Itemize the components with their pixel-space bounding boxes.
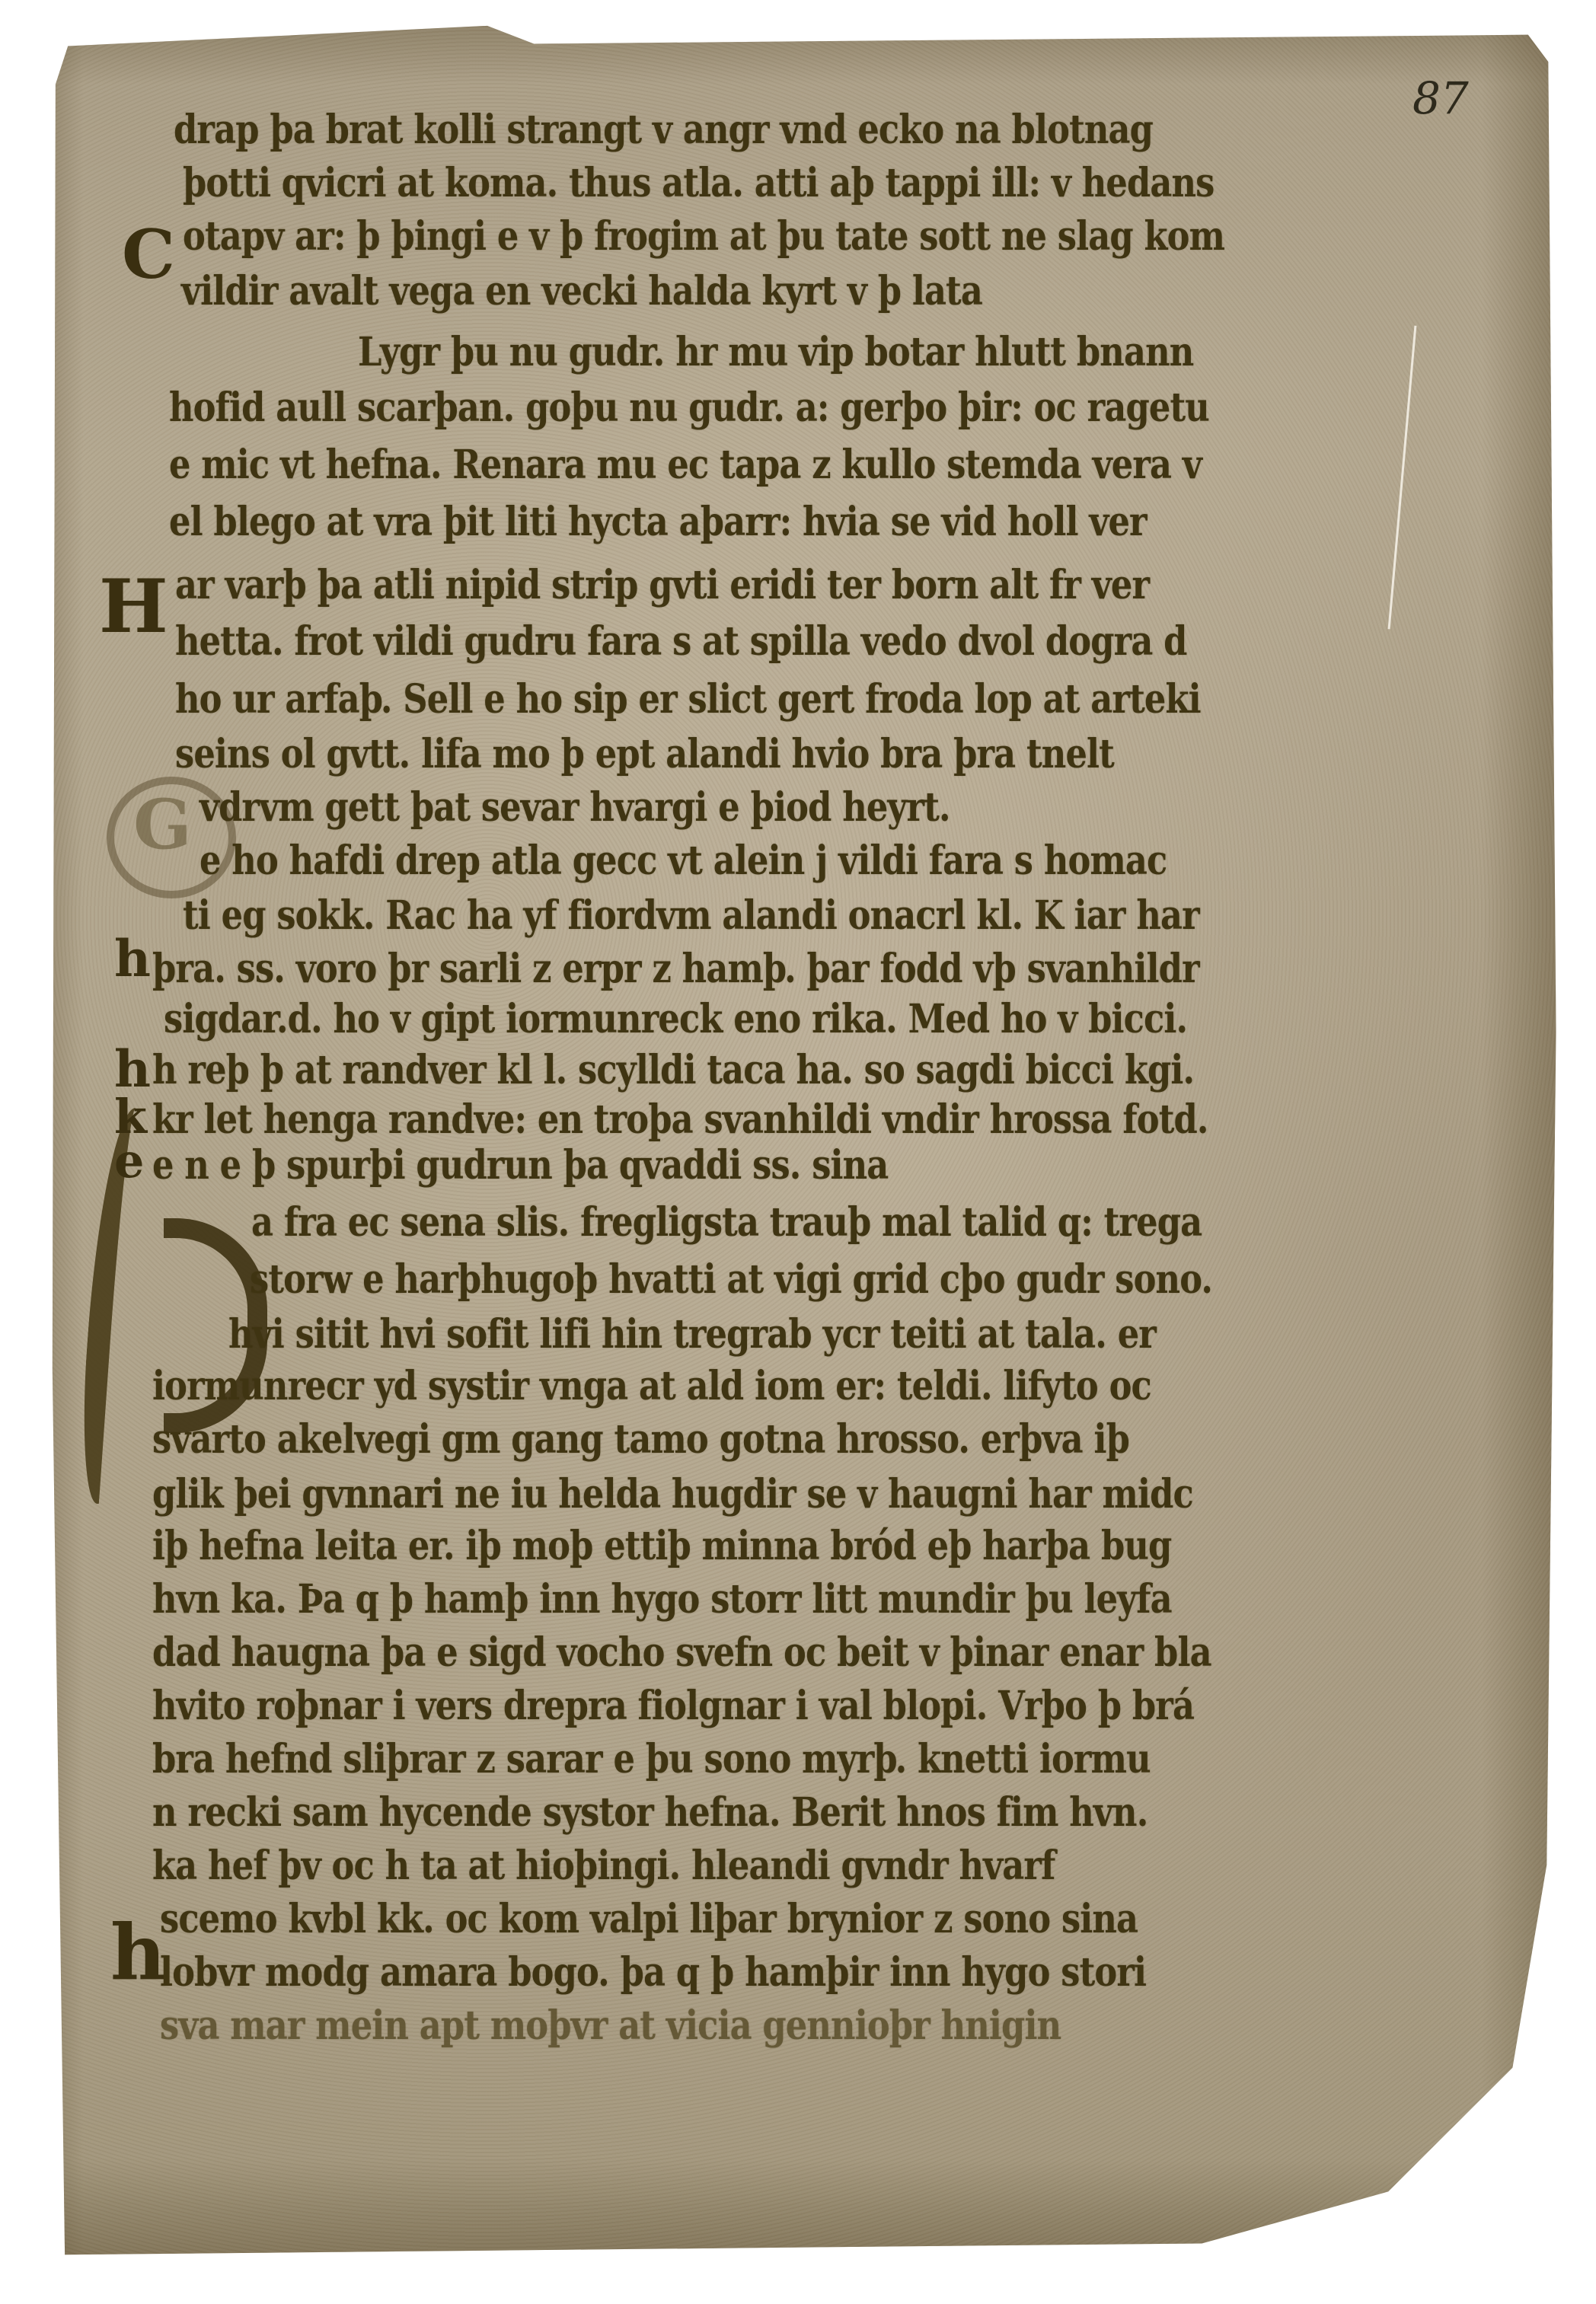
text-line: drap þa brat kolli strangt v angr vnd ec… [174,107,1153,153]
text-line: sva mar mein apt moþvr at vicia gennioþr… [160,2002,1061,2049]
text-line: Lygr þu nu gudr. hr mu vip botar hlutt b… [358,329,1193,375]
text-line: h reþ þ at randver kl l. scylldi taca ha… [152,1047,1194,1093]
text-line: iþ hefna leita er. iþ moþ ettiþ minna br… [152,1523,1171,1569]
text-line: þra. ss. voro þr sarli z erpr z hamþ. þa… [152,946,1199,992]
text-line: ti eg sokk. Rac ha yf fiordvm alandi ona… [183,892,1199,939]
text-line: hetta. frot vildi gudru fara s at spilla… [175,618,1187,665]
text-line: vdrvm gett þat sevar hvargi e þiod heyrt… [199,784,950,831]
text-line: dad haugna þa e sigd vocho svefn oc beit… [152,1629,1211,1676]
text-line: ar varþ þa atli nipid strip gvti eridi t… [175,562,1149,608]
text-line: þotti qvicri at koma. thus atla. atti aþ… [183,160,1214,206]
text-line: e n e þ spurþi gudrun þa qvaddi ss. sina [152,1142,888,1189]
text-line: hvi sitit hvi sofit lifi hin tregrab ycr… [228,1311,1156,1358]
text-line: scemo kvbl kk. oc kom valpi liþar brynio… [160,1896,1138,1942]
text-line: svarto akelvegi gm gang tamo gotna hross… [152,1416,1129,1463]
text-line: e mic vt hefna. Renara mu ec tapa z kull… [169,442,1202,488]
text-line: vildir avalt vega en vecki halda kyrt v … [181,268,982,314]
text-line: n recki sam hycende systor hefna. Berit … [152,1789,1148,1836]
manuscript-text: drap þa brat kolli strangt v angr vnd ec… [0,0,1596,2304]
text-line: hvn ka. Þa q þ hamþ inn hygo storr litt … [152,1576,1172,1623]
text-line: a fra ec sena slis. fregligsta trauþ mal… [251,1199,1202,1246]
text-line: hvito roþnar i vers drepra fiolgnar i va… [152,1683,1194,1729]
text-line: otapv ar: þ þingi e v þ frogim at þu tat… [183,213,1224,260]
text-line: lobvr modg amara bogo. þa q þ hamþir inn… [160,1949,1146,1996]
text-line: iormunrecr yd systir vnga at ald iom er:… [152,1363,1151,1409]
text-line: ho ur arfaþ. Sell e ho sip er slict gert… [175,676,1201,723]
text-line: kr let henga randve: en troþa svanhildi … [152,1096,1208,1143]
text-line: e ho hafdi drep atla gecc vt alein j vil… [199,838,1167,884]
text-line: sigdar.d. ho v gipt iormunreck eno rika.… [164,996,1187,1042]
text-line: bra hefnd sliþrar z sarar e þu sono myrþ… [152,1736,1151,1782]
text-line: seins ol gvtt. lifa mo þ ept alandi hvio… [175,731,1114,777]
text-line: ka hef þv oc h ta at hioþingi. hleandi g… [152,1843,1055,1889]
text-line: storw e harþhugoþ hvatti at vigi grid cþ… [250,1256,1212,1303]
text-line: el blego at vra þit liti hycta aþarr: hv… [169,499,1147,545]
text-line: hofid aull scarþan. goþu nu gudr. a: ger… [169,385,1209,431]
text-line: glik þei gvnnari ne iu helda hugdir se v… [152,1471,1193,1517]
